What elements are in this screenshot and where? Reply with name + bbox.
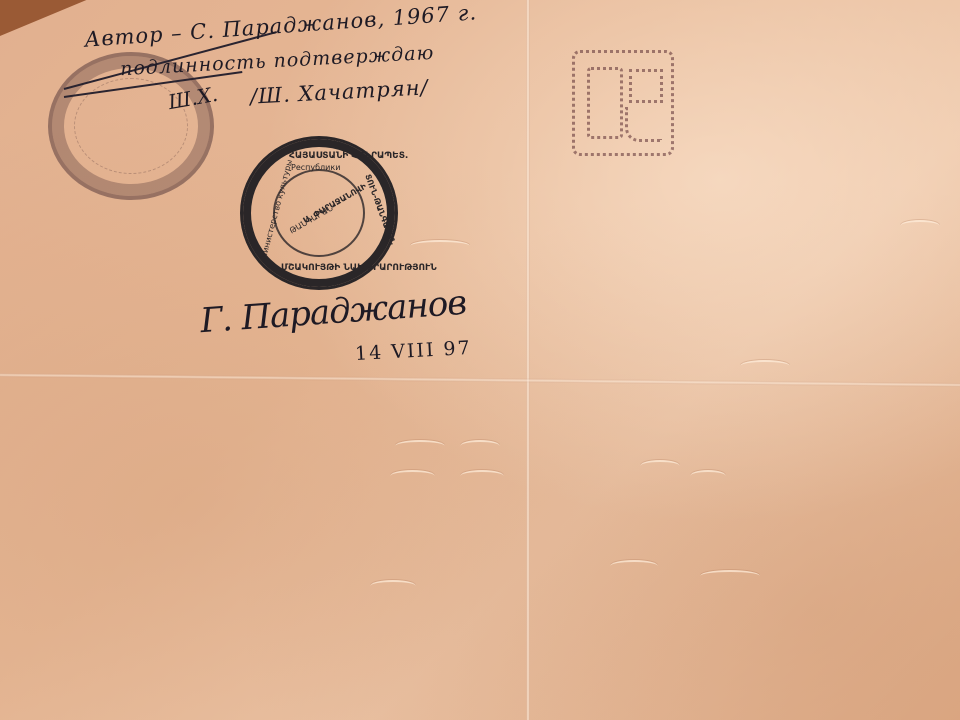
vertical-fold-crease <box>526 0 530 720</box>
emboss-mark <box>460 440 500 452</box>
emboss-mark <box>740 360 790 372</box>
emboss-mark <box>900 220 940 232</box>
stamp-text-bottom: ՄՇԱԿՈՒՅԹԻ ՆԱԽԱՐԱՐՈՒԹՅՈՒՆ <box>281 263 437 273</box>
emboss-mark <box>370 580 416 592</box>
emboss-mark <box>390 470 435 482</box>
emboss-mark <box>640 460 680 472</box>
emboss-mark <box>460 470 504 482</box>
emboss-mark <box>395 440 445 452</box>
emboss-mark <box>410 240 470 252</box>
stamp-text-top: ՀԱՅԱՍՏԱՆԻ ՀԱՆՐԱՊԵՏ. <box>289 151 408 161</box>
stamp-text-top-ru: Республики <box>291 163 340 172</box>
emboss-mark <box>690 470 726 482</box>
emboss-mark <box>610 560 658 572</box>
seal-glyph <box>587 67 623 139</box>
emboss-mark <box>700 570 760 582</box>
seal-glyph <box>625 107 662 142</box>
seal-glyph <box>629 69 663 103</box>
square-red-seal <box>572 50 674 156</box>
stamp-text-right: ՏՈՒՆ-ԹԱՆԳԱՐԱՆ <box>363 173 397 246</box>
official-round-stamp: ՀԱՅԱՍՏԱՆԻ ՀԱՆՐԱՊԵՏ. Республики Ս. ՓԱՐԱՋԱ… <box>240 136 398 290</box>
